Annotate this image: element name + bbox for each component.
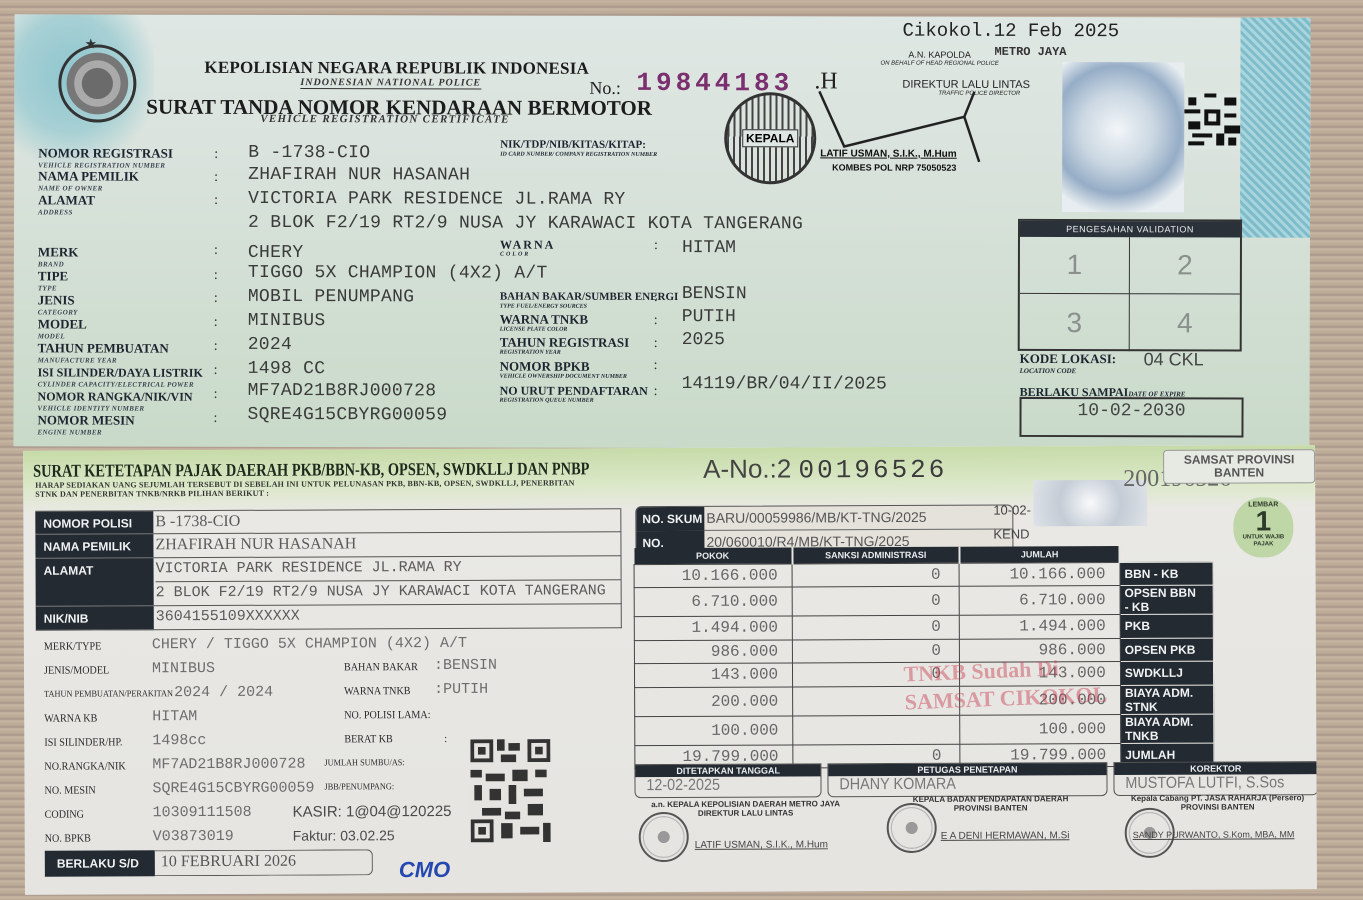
fee-pokok: 200.000 (635, 686, 793, 716)
colon: : (654, 313, 658, 329)
colon: : (654, 336, 658, 352)
label-registration-year: TAHUN REGISTRASIREGISTRATION YEAR (500, 338, 629, 358)
fee-jumlah: 100.000 (960, 714, 1121, 744)
fee-sanksi: 0 (792, 563, 959, 587)
colon: : (214, 339, 218, 355)
colon: : (654, 290, 658, 306)
fee-row: 100.000100.000BIAYA ADM. TNKB (635, 714, 1214, 746)
label-address: ALAMATADDRESS (38, 194, 95, 218)
value-category-model: MINIBUS (152, 660, 215, 677)
label-manufacture-year: TAHUN PEMBUATANMANUFACTURE YEAR (38, 342, 169, 366)
value-plate-number: B -1738-CIO (153, 509, 621, 534)
value-manufacture-year: 2024 / 2024 (174, 684, 273, 701)
value-type: TIGGO 5X CHAMPION (4X2) A/T (248, 263, 548, 284)
fee-pokok: 143.000 (634, 663, 792, 687)
red-stamp: TNKB Sudah DiSAMSAT CIKOKOL (903, 653, 1108, 717)
fee-sanksi: 0 (792, 586, 959, 616)
officer-value: DHANY KOMARA (829, 775, 1079, 794)
fee-row: 10.166.000010.166.000BBN - KB (634, 562, 1213, 588)
table-row: ALAMAT VICTORIA PARK RESIDENCE JL.RAMA R… (36, 556, 622, 607)
value-cylinder-capacity: 1498 CC (248, 359, 326, 379)
label-coding: CODING (45, 809, 84, 821)
document-title-en: VEHICLE REGISTRATION CERTIFICATE (260, 113, 509, 126)
security-pattern (1240, 18, 1311, 238)
table-row: NIK/NIB 3604155109XXXXXX (36, 604, 622, 631)
value-coding: 10309111508 (153, 804, 252, 821)
label-engine-number: NOMOR MESINENGINE NUMBER (37, 414, 134, 438)
fee-jumlah: 1.494.000 (960, 615, 1121, 639)
colon: : (214, 243, 218, 259)
fee-pokok: 100.000 (635, 715, 793, 745)
colon: : (213, 411, 217, 427)
colon: : (214, 363, 218, 379)
police-stamp-icon (639, 812, 689, 862)
owner-identity-table: NOMOR POLISI B -1738-CIO NAMA PEMILIK ZH… (35, 508, 622, 631)
label-plate-color: WARNA TNKB (344, 685, 411, 697)
validation-title: PENGESAHAN VALIDATION (1020, 221, 1240, 238)
validation-cell: 1 (1020, 237, 1130, 294)
label-category-model: JENIS/MODEL (44, 664, 109, 676)
vehicle-registration-certificate: ★★★ KEPOLISIAN NEGARA REPUBLIK INDONESIA… (13, 14, 1310, 449)
handwritten-note: CMO (399, 857, 450, 883)
valid-until: BERLAKU S/D 10 FEBRUARI 2026 (45, 849, 373, 876)
label-model: MODELMODEL (38, 318, 87, 342)
label-passengers: JBB/PENUMPANG: (324, 781, 394, 791)
colon: : (214, 193, 218, 209)
authority-jasa-raharja-name: SANDY PURWANTO, S.Kom, MBA, MM (1133, 829, 1295, 840)
cashier-code: KASIR: 1@04@120225 (293, 803, 452, 821)
value-brand-type: CHERY / TIGGO 5X CHAMPION (4X2) A/T (152, 635, 467, 653)
label-category: JENISCATEGORY (38, 294, 78, 318)
label-plate-number: NOMOR POLISI (35, 511, 153, 535)
value-manufacture-year: 2024 (248, 335, 292, 355)
assessment-signatures: DITETAPKAN TANGGAL 12-02-2025 PETUGAS PE… (634, 761, 1317, 798)
header-sanksi: SANKSI ADMINISTRASI (792, 547, 959, 564)
copy-badge: LEMBAR 1 UNTUK WAJIB PAJAK (1233, 497, 1293, 557)
revenue-stamp-icon (887, 803, 937, 853)
table-row: NAMA PEMILIK ZHAFIRAH NUR HASANAH (35, 532, 621, 559)
value-chassis-number: MF7AD21B8RJ000728 (152, 756, 305, 774)
fee-category: SWDKLLJ (1120, 661, 1213, 685)
value-vin: MF7AD21B8RJ000728 (248, 381, 437, 401)
label-address: ALAMAT (36, 558, 154, 607)
authority-revenue-name: E A DENI HERMAWAN, M.Si (941, 830, 1070, 842)
receipt-note: HARAP SEDIAKAN UANG SEJUMLAH TERSEBUT DI… (35, 478, 595, 498)
colon: : (444, 733, 447, 745)
set-date-value: 12-02-2025 (635, 776, 802, 795)
label-bpkb-number: NOMOR BPKBVEHICLE OWNERSHIP DOCUMENT NUM… (500, 362, 627, 382)
set-date-cell: DITETAPKAN TANGGAL 12-02-2025 (634, 763, 822, 798)
label-cylinder: ISI SILINDER/HP. (44, 736, 122, 748)
police-emblem-icon (58, 44, 136, 122)
validation-cell: 3 (1020, 294, 1130, 351)
value-engine-number: SQRE4G15CBYRG00059 (247, 405, 447, 426)
valid-until-label: BERLAKU S/D (45, 850, 155, 876)
validation-cell: 2 (1130, 237, 1240, 294)
value-brand: CHERY (248, 243, 304, 263)
fee-sanksi (793, 715, 960, 745)
colon: : (214, 315, 218, 331)
fee-pokok: 986.000 (634, 639, 792, 663)
label-engine-number: NO. MESIN (44, 785, 95, 797)
fee-row: 6.710.00006.710.000OPSEN BBN - KB (634, 585, 1213, 617)
label-brand: MERKBRAND (38, 246, 79, 270)
header-jumlah: JUMLAH (959, 546, 1120, 563)
label-chassis-number: NO.RANGKA/NIK (44, 760, 125, 772)
colon: : (654, 238, 658, 254)
label-fuel: BAHAN BAKAR/SUMBER ENERGITYPE FUEL/ENERG… (500, 292, 679, 312)
label-brand-type: MERK/TYPE (44, 640, 101, 652)
label-axle-count: JUMLAH SUMBU/AS: (324, 757, 404, 767)
value-category: MOBIL PENUMPANG (248, 287, 415, 307)
kapolda-label: A.N. KAPOLDAON BEHALF OF HEAD REGIONAL P… (880, 51, 998, 69)
qr-code-icon (470, 739, 550, 843)
samsat-badge: SAMSAT PROVINSI BANTEN (1163, 449, 1315, 484)
value-vehicle-color: HITAM (152, 708, 197, 725)
location-code: 04 CKL (1144, 349, 1204, 370)
region: METRO JAYA (994, 45, 1066, 59)
value-fuel: :BENSIN (434, 657, 497, 674)
value-registration-number: B -1738-CIO (248, 143, 370, 163)
officer-name: LATIF USMAN, S.I.K., M.Hum (820, 148, 957, 159)
set-date-label: DITETAPKAN TANGGAL (635, 764, 820, 777)
skum-label: NO. SKUM (636, 507, 704, 531)
header-pokok: POKOK (634, 547, 792, 564)
invoice-date: Faktur: 03.02.25 (293, 827, 395, 843)
label-nik: NIK/NIB (36, 606, 154, 631)
officer-rank: KOMBES POL NRP 75050523 (832, 162, 956, 172)
value-owner-name: ZHAFIRAH NUR HASANAH (153, 532, 621, 558)
validation-box: PENGESAHAN VALIDATION 1 2 3 4 (1018, 219, 1242, 352)
valid-until-value: 10 FEBRUARI 2026 (155, 849, 373, 876)
org-name-en: INDONESIAN NATIONAL POLICE (300, 77, 481, 89)
label-vehicle-color: WARNA KB (44, 712, 97, 724)
fee-category: PKB (1120, 614, 1213, 638)
value-engine-number: SQRE4G15CBYRG00059 (152, 780, 314, 798)
hologram-sticker (1062, 62, 1184, 212)
colon: : (654, 384, 658, 400)
qr-code-icon (1184, 93, 1240, 149)
value-nik: 3604155109XXXXXX (154, 604, 622, 630)
expiry-date: 10-02-2030 (1019, 397, 1243, 438)
corrector-cell: KOREKTOR MUSTOFA LUTFI, S.Sos (1113, 761, 1317, 796)
colon: : (214, 387, 218, 403)
org-name: KEPOLISIAN NEGARA REPUBLIK INDONESIA (204, 58, 589, 79)
fee-pokok: 6.710.000 (634, 587, 792, 617)
label-manufacture-year: TAHUN PEMBUATAN/PERAKITAN (44, 688, 173, 699)
fee-jumlah: 10.166.000 (959, 562, 1120, 586)
label-bpkb: NO. BPKB (45, 833, 91, 845)
fee-category: BIAYA ADM. STNK (1120, 685, 1213, 714)
value-plate-color: PUTIH (682, 307, 736, 327)
official-stamp: KEPALA (724, 92, 816, 184)
label-nik: NIK/TDP/NIB/KITAS/KITAP:ID CARD NUMBER/ … (500, 140, 657, 160)
issue-place-date: Cikokol.12 Feb 2025 (902, 20, 1119, 43)
colon: : (214, 170, 218, 186)
value-bpkb: V03873019 (153, 828, 234, 845)
corrector-value: MUSTOFA LUTFI, S.Sos (1114, 774, 1297, 793)
label-owner-name: NAMA PEMILIK (35, 534, 153, 559)
value-registration-year: 2025 (682, 330, 725, 350)
skum-date: 10-02- (993, 502, 1031, 517)
label-cylinder-capacity: ISI SILINDER/DAYA LISTRIKCYLINDER CAPACI… (38, 366, 203, 390)
corrector-label: KOREKTOR (1114, 762, 1317, 775)
value-fuel: BENSIN (682, 284, 747, 304)
value-address-line2: 2 BLOK F2/19 RT2/9 NUSA JY KARAWACI KOTA… (248, 213, 803, 234)
label-old-plate: NO. POLISI LAMA: (344, 709, 430, 721)
colon: : (654, 358, 658, 374)
table-row: NOMOR POLISI B -1738-CIO (35, 508, 621, 535)
colon: : (214, 147, 218, 163)
fee-category: BIAYA ADM. TNKB (1121, 714, 1214, 743)
skum-value: BARU/00059986/MB/KT-TNG/2025 (704, 506, 1012, 531)
receipt-number: A-No.:2 00196526 (703, 453, 947, 486)
value-model: MINIBUS (248, 311, 326, 331)
fee-pokok: 10.166.000 (634, 563, 792, 587)
tax-assessment-receipt: SURAT KETETAPAN PAJAK DAERAH PKB/BBN-KB,… (23, 445, 1317, 895)
validation-cell: 4 (1130, 294, 1240, 351)
fee-jumlah: 6.710.000 (959, 586, 1120, 616)
certificate-number-label: No.: (589, 78, 621, 99)
label-vin: NOMOR RANGKA/NIK/VINVEHICLE IDENTITY NUM… (38, 390, 193, 414)
fee-category: OPSEN PKB (1120, 638, 1213, 662)
location-code-label: KODE LOKASI:LOCATION CODE (1020, 353, 1117, 377)
value-owner-name: ZHAFIRAH NUR HASANAH (248, 165, 470, 186)
label-fuel: BAHAN BAKAR (344, 661, 418, 673)
label-owner-name: NAMA PEMILIKNAME OF OWNER (38, 170, 139, 194)
authority-police-name: LATIF USMAN, S.I.K., M.Hum (695, 839, 828, 851)
fee-row: 1.494.00001.494.000PKB (634, 614, 1213, 640)
colon: : (214, 291, 218, 307)
fee-sanksi: 0 (792, 615, 959, 639)
value-address-line1: VICTORIA PARK RESIDENCE JL.RAMA RY (248, 189, 626, 210)
label-type: TIPETYPE (38, 270, 68, 294)
skum-row: NO. SKUM BARU/00059986/MB/KT-TNG/2025 (636, 506, 1012, 532)
label-queue-number: NO URUT PENDAFTARANREGISTRATION QUEUE NU… (500, 386, 648, 406)
colon: : (214, 268, 218, 284)
value-queue-number: 14119/BR/04/II/2025 (682, 374, 887, 395)
value-address: VICTORIA PARK RESIDENCE JL.RAMA RY 2 BLO… (154, 556, 622, 606)
label-vehicle-weight: BERAT KB (344, 733, 393, 745)
officer-cell: PETUGAS PENETAPAN DHANY KOMARA (828, 762, 1107, 797)
kohir-side: KEND (993, 526, 1029, 541)
value-color: HITAM (682, 238, 736, 258)
value-plate-color: :PUTIH (434, 681, 488, 698)
label-plate-color: WARNA TNKBLICENSE PLATE COLOR (500, 315, 588, 335)
label-color: WARNACOLOR (500, 240, 555, 260)
fee-category: BBN - KB (1120, 562, 1213, 586)
value-cylinder: 1498cc (152, 732, 206, 749)
fee-category: OPSEN BBN - KB (1120, 585, 1213, 614)
fee-pokok: 1.494.000 (634, 616, 792, 640)
fee-table: POKOK SANKSI ADMINISTRASI JUMLAH 10.166.… (633, 546, 1214, 770)
